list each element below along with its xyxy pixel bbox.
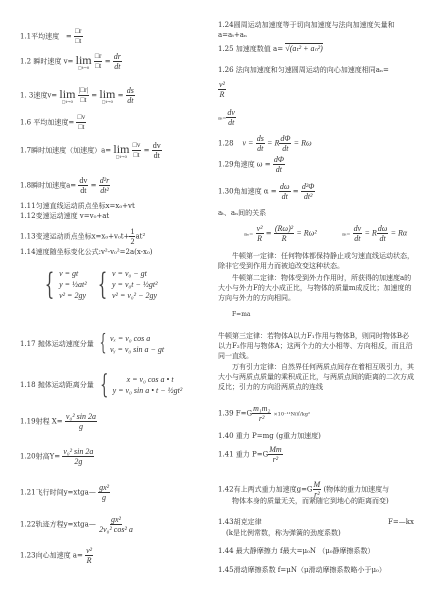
formula-1-12: 1.12变速运动速度 v=v₀+at (20, 212, 109, 221)
newton-second-law: 牛顿第二定律：物体受到外力作用时，所获得的加速度a的大小与外力F的大小成正比，与… (218, 273, 414, 303)
equation-system: { v = gt y = ½at² v² = 2gy (40, 268, 87, 301)
equation-system: { vₓ = v₀ cos avᵧ = v₀ sin a − gt (96, 333, 164, 355)
f-equals-ma: F=ma (232, 310, 250, 319)
formula-1-3: 1. 3速度v= lim□t→0 |□r|□t = lim□t→0 = dsdt (20, 86, 135, 105)
label: 1.22轨迹方程y=xtga— (20, 521, 96, 529)
label: 1.23向心加速度 a= (20, 552, 83, 560)
equation-system: { v = v₀ − gt y = v₀t − ½gt² v² = v₀² − … (93, 268, 158, 301)
fraction: dsdt (126, 86, 135, 105)
limit: lim□t→0 (76, 54, 92, 70)
label: 1.8瞬时加速度a= (20, 182, 76, 190)
label: 1.19射程 X= (20, 418, 63, 426)
label: 1.28 (218, 140, 234, 148)
formula-1-21: 1.21飞行时间y=xtga— gx²g (20, 483, 110, 502)
fraction: dvdt (353, 224, 363, 243)
label: 1.1平均速度 (20, 33, 59, 41)
label: 1.42有上两式重力加速度g=G (218, 486, 313, 494)
fraction: d²rdt² (99, 176, 111, 195)
label: 1.30角加速度 α = (218, 188, 277, 196)
relation-label: aₜ、aₙ间的关系 (218, 209, 266, 218)
left-brace-icon: { (98, 270, 108, 300)
formula-1-29: 1.29角速度 ω = dΦdt (218, 155, 285, 174)
fraction: dΦdt (273, 155, 285, 174)
fraction: □v□t (132, 141, 142, 160)
fraction: dvdt (152, 141, 162, 160)
formula-1-27: aₜ=dvdt (218, 108, 236, 127)
left-brace-icon: { (45, 270, 55, 300)
label: 1. 3速度v= (20, 92, 57, 100)
fraction: |□r|□t (78, 86, 89, 105)
formula-1-22: 1.22轨迹方程y=xtga— gx²2v₀² cos² a (20, 515, 134, 534)
fraction: □r□t (94, 52, 103, 71)
fraction: dωdt (279, 182, 291, 201)
formula-1-30: 1.30角加速度 α = dωdt = d²Φdt² (218, 182, 315, 201)
formula-1-24: 1.24圆周运动加速度等于切向加速度与法向加速度矢量和a=aₜ+aₙ (218, 20, 414, 40)
label: aₜ= (218, 116, 226, 122)
label: 1.21飞行时间y=xtga— (20, 489, 96, 497)
free-fall-system: { v = gt y = ½at² v² = 2gy { v = v₀ − gt… (40, 268, 158, 301)
label: 1.6 平均加速度= (20, 119, 74, 127)
newton-third-law: 牛顿第三定律：若物体A以力F₁作用与物体B，则同时物体B必以力F₂作用与物体A；… (218, 331, 414, 361)
formula-1-28: 1.28 v = dsdt = RdΦdt = Rω (218, 134, 312, 153)
newton-first-law: 牛顿第一定律：任何物体都保持静止或匀速直线运动状态，除非它受到作用力而被迫改变这… (218, 251, 414, 271)
equation-system: { x = v₀ cos a • ty = v₀ sin a • t − ½gt… (96, 372, 182, 398)
formula-1-17: 1.17 抛体运动速度分量 { vₓ = v₀ cos avᵧ = v₀ sin… (20, 333, 164, 355)
formula-1-13: 1.13变速运动质点坐标x=x₀+v₀t+12at² (20, 227, 145, 246)
left-brace-icon: { (100, 372, 108, 398)
label: 1.2 瞬时速度 v= (20, 58, 73, 66)
label: 1.17 抛体运动速度分量 (20, 340, 94, 348)
formula-1-42-note: 物体本身的质量无关，而紧随它到地心的距离而变) (232, 497, 389, 506)
formula-1-11: 1.11匀速直线运动质点坐标x=x₀+vt (20, 202, 135, 211)
formula-1-45: 1.45滑动摩擦系数 f=μN（μ滑动摩擦系数略小于μ₀） (218, 566, 386, 575)
formula-1-26: 1.26 法向加速度和匀速圆周运动的向心加速度相同aₙ= (218, 66, 389, 75)
fraction: dvdt (226, 108, 236, 127)
fraction: v₀² sin 2ag (65, 412, 97, 431)
fraction: drdt (113, 52, 122, 71)
label: 1.39 F=G (218, 410, 252, 418)
fraction: □r□t (74, 27, 83, 46)
fraction: m₁m₂r² (252, 404, 271, 423)
label: 1.7瞬时加速度（加速度）a= (20, 147, 111, 155)
hooke-equation: F=—kx (388, 518, 414, 527)
fraction: v²R (85, 546, 93, 565)
gravitation-law: 万有引力定律：自然界任何两质点间存在着相互吸引力，其大小与两质点质量的乘积成正比… (218, 362, 414, 392)
left-brace-icon: { (100, 333, 107, 355)
relation-normal: aₙ= v²R = (Rω)²R = Rω² (244, 224, 317, 243)
hooke-note: (k是比例常数，称为弹簧的劲度系数) (226, 529, 341, 538)
fraction: dvdt (78, 176, 88, 195)
sqrt-expression: √(aₜ² + aₙ²) (285, 43, 322, 53)
formula-1-44: 1.44 最大静摩擦力 f最大=μ₀N （μ₀静摩擦系数） (218, 547, 375, 556)
formula-1-8: 1.8瞬时加速度a= dvdt = d²rdt² (20, 176, 110, 195)
label: 1.20射高Y= (20, 453, 60, 461)
formula-1-23: 1.23向心加速度 a= v²R (20, 546, 93, 565)
formula-1-40: 1.40 重力 P=mg (g重力加速度) (218, 432, 321, 441)
formula-1-39: 1.39 F=Gm₁m₂r² ×10⁻¹¹N㎡/kg² (218, 404, 310, 423)
formula-1-18: 1.18 抛体运动距离分量 { x = v₀ cos a • ty = v₀ s… (20, 372, 182, 398)
fraction: dsdt (256, 134, 265, 153)
label: 1.13变速运动质点坐标x=x₀+v₀t+ (20, 233, 129, 241)
fraction: dΦdt (279, 134, 291, 153)
fraction: v₀² sin 2a2g (62, 447, 94, 466)
fraction: dωdt (377, 224, 389, 243)
limit: lim□t→0 (113, 143, 129, 159)
formula-1-41: 1.41 重力 P=GMmr² (218, 445, 283, 464)
fraction: v²R (218, 80, 226, 99)
formula-1-20: 1.20射高Y= v₀² sin 2a2g (20, 447, 94, 466)
label: 1.29角速度 ω = (218, 161, 271, 169)
label: 1.41 重力 P=G (218, 451, 268, 459)
fraction: d²Φdt² (301, 182, 316, 201)
formula-1-6: 1.6 平均加速度= □v□t (20, 113, 86, 132)
fraction: □v□t (76, 113, 86, 132)
limit: lim□t→0 (59, 88, 75, 104)
formula-1-26-fraction: v²R (218, 80, 226, 99)
fraction: Mmr² (268, 445, 282, 464)
formula-1-2: 1.2 瞬时速度 v= lim□t→0 □r□t = drdt (20, 52, 122, 71)
fraction: gx²2v₀² cos² a (98, 515, 134, 534)
relation-tangential: aₜ= dvdt = Rdωdt = Rα (342, 224, 407, 243)
label: 1.25 加速度数值 a= (218, 45, 283, 53)
label: 1.18 抛体运动距离分量 (20, 381, 94, 389)
formula-1-25: 1.25 加速度数值 a= √(aₜ² + aₙ²) (218, 44, 323, 54)
equals: = (66, 33, 72, 41)
formula-1-7: 1.7瞬时加速度（加速度）a= lim□t→0 □v□t = dvdt (20, 141, 162, 160)
formula-1-43: 1.43胡克定律 (218, 518, 262, 527)
formula-1-1: 1.1平均速度 = □r□t (20, 27, 83, 46)
fraction: v²R (256, 224, 264, 243)
fraction: (Rω)²R (274, 224, 294, 243)
formula-1-19: 1.19射程 X= v₀² sin 2ag (20, 412, 97, 431)
formula-1-14: 1.14速度随坐标变化公式:v²-v₀²=2a(x-x₀) (20, 248, 153, 257)
fraction: gx²g (98, 483, 110, 502)
limit: lim□t→0 (99, 88, 115, 104)
